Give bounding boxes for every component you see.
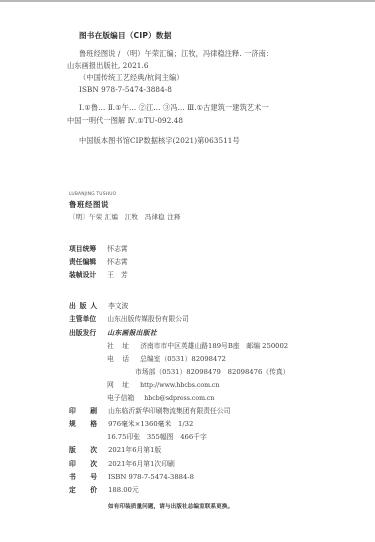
page-top-border	[0, 0, 375, 2]
value-price: 188.00元	[108, 486, 139, 494]
label-phone: 电话	[107, 353, 129, 363]
cip-series: （中国传统工艺经典/杭间主编）	[79, 73, 184, 83]
cip-subject-line-2: 中国一明代一图解 Ⅳ.①TU-092.48	[67, 116, 183, 126]
editor-value: 王 芳	[107, 271, 127, 279]
label-specs: 规格	[69, 418, 97, 428]
cip-entry-line-2: 山东画报出版社, 2021.6	[67, 61, 149, 71]
row-price: 定价 188.00元	[69, 477, 139, 496]
cip-entry-line-1: 鲁班经图说 / （明）午荣汇编；江牧，冯律稳注释. 一济南：	[79, 49, 273, 59]
cip-number: 中国版本图书馆CIP数据核字(2021)第063511号	[79, 136, 240, 146]
cip-isbn: ISBN 978-7-5474-3884-8	[79, 85, 172, 94]
cip-heading: 图书在版编目（CIP）数据	[79, 30, 172, 41]
quality-notice: 如有印装质量问题，请与出版社总编室联系更换。	[108, 502, 233, 510]
cip-subject-line-1: Ⅰ.①鲁… Ⅱ.①午… ②江… ③冯… Ⅲ.①古建筑一建筑艺术一	[79, 103, 269, 113]
label-price: 定价	[69, 484, 97, 494]
label-publisher: 出版发行	[69, 329, 96, 337]
book-title: 鲁班经图说	[69, 199, 109, 210]
book-authors: 〔明〕午荣 汇编 江牧 冯律稳 注释	[69, 212, 181, 221]
editor-row-designer: 装帧设计 王 芳	[69, 262, 128, 281]
editor-label: 装帧设计	[69, 271, 96, 279]
book-title-pinyin: LUBANJING TUSHUO	[69, 192, 116, 197]
